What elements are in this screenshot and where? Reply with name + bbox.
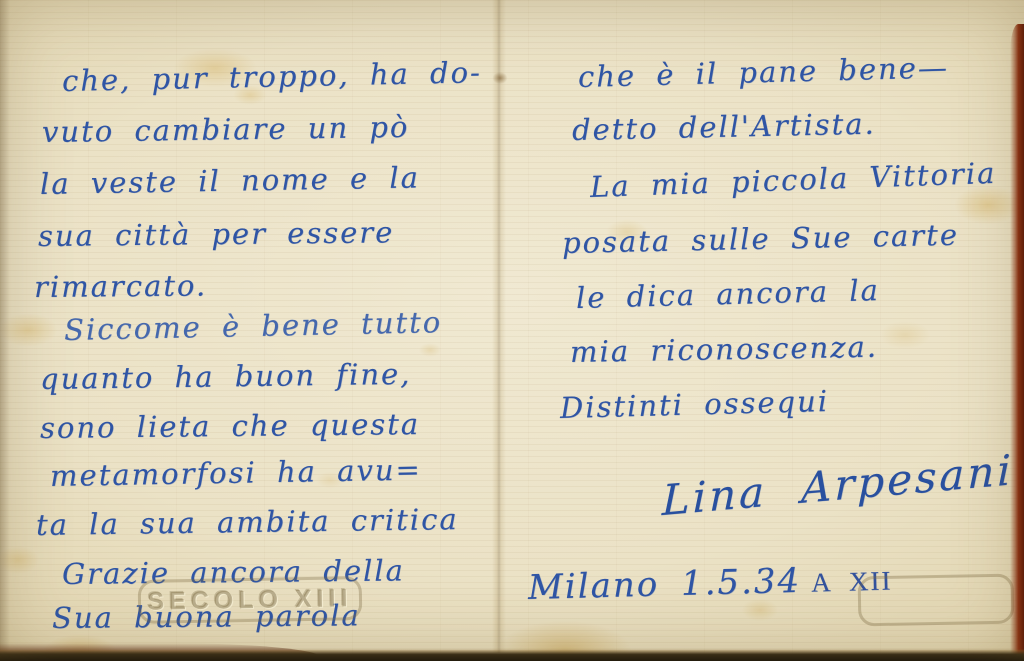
handwritten-line: sono lieta che questa — [40, 407, 420, 445]
handwritten-line: Distinti ossequi — [560, 384, 830, 425]
dateline-place-date: Milano 1.5.34 — [527, 561, 801, 608]
paper-left-edge — [0, 0, 10, 661]
handwritten-line: quanto ha buon fine, — [40, 357, 412, 396]
embossed-stamp-secolo-xiii: SECOLO XIII — [138, 576, 363, 624]
handwritten-line: ta la sua ambita critica — [36, 502, 459, 542]
center-fold — [492, 0, 506, 653]
handwritten-line: la veste il nome e la — [40, 160, 421, 201]
letter-photo: che, pur troppo, ha do- vuto cambiare un… — [0, 0, 1024, 661]
paper-bottom-edge — [0, 649, 1024, 661]
handwritten-line: metamorfosi ha avu= — [50, 453, 422, 493]
handwritten-line: detto dell'Artista. — [572, 107, 876, 147]
binding-edge-right — [1010, 24, 1024, 655]
handwritten-line: vuto cambiare un pò — [42, 110, 410, 149]
handwritten-line: sua città per essere — [38, 215, 395, 253]
embossed-stamp-italy — [858, 574, 1015, 627]
handwritten-line: mia riconoscenza. — [570, 330, 879, 369]
handwritten-line: rimarcato. — [34, 268, 207, 304]
